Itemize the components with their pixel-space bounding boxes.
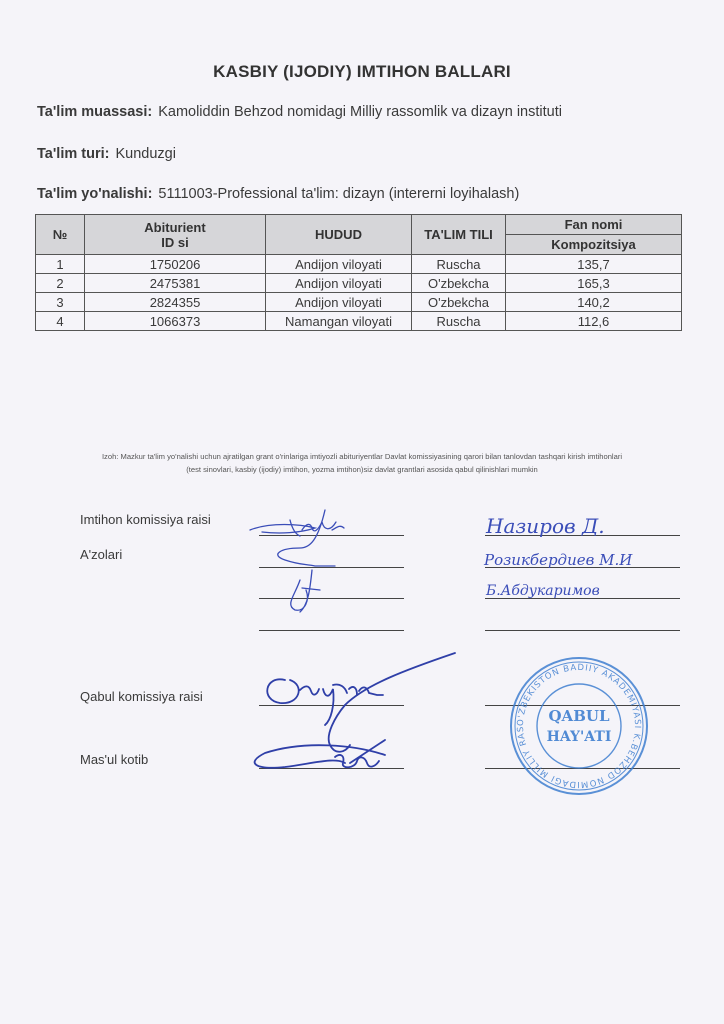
signature-line-admission-chair (259, 705, 404, 706)
signature-line-exam-chair (259, 535, 404, 536)
cell-region: Andijon viloyati (266, 293, 412, 312)
cell-no: 4 (36, 312, 85, 331)
footnote-line1: Izoh: Mazkur ta'lim yo'nalishi uchun ajr… (30, 450, 694, 463)
cell-applicant-id: 2824355 (85, 293, 266, 312)
cell-score: 165,3 (506, 274, 682, 293)
header-subject: Kompozitsiya (506, 235, 682, 255)
table-row: 11750206Andijon viloyatiRuscha135,7 (36, 255, 682, 274)
signature-line-member-1 (259, 567, 404, 568)
document-title: KASBIY (IJODIY) IMTIHON BALLARI (0, 62, 724, 82)
study-form-label: Ta'lim turi: (37, 146, 109, 162)
cell-language: Ruscha (412, 255, 506, 274)
cell-no: 3 (36, 293, 85, 312)
direction-value: 5111003-Professional ta'lim: dizayn (int… (158, 186, 519, 202)
header-language: TA'LIM TILI (412, 215, 506, 255)
institution-label: Ta'lim muassasi: (37, 104, 152, 120)
handwritten-names: Назиров Д. Розикбердиев М.И Б.Абдукаримо… (480, 505, 690, 605)
signature-line-secretary (259, 768, 404, 769)
cell-region: Andijon viloyati (266, 274, 412, 293)
header-no: № (36, 215, 85, 255)
signature-strokes-commission (240, 500, 420, 645)
name-line-2 (485, 567, 680, 568)
exam-chair-label: Imtihon komissiya raisi (80, 512, 211, 527)
name-line-4 (485, 630, 680, 631)
stamp-center-line2: HAY'ATI (547, 729, 612, 745)
cell-applicant-id: 2475381 (85, 274, 266, 293)
cell-applicant-id: 1066373 (85, 312, 266, 331)
cell-applicant-id: 1750206 (85, 255, 266, 274)
header-id-line1: Abiturient (85, 220, 265, 235)
header-region: HUDUD (266, 215, 412, 255)
cell-language: O'zbekcha (412, 274, 506, 293)
table-row: 22475381Andijon viloyatiO'zbekcha165,3 (36, 274, 682, 293)
institution-value: Kamoliddin Behzod nomidagi Milliy rassom… (158, 104, 562, 120)
admission-stamp: O'ZBEKISTON BADIIY AKADEMIYASI K.BEHZOD … (508, 655, 650, 797)
secretary-label: Mas'ul kotib (80, 752, 148, 767)
cell-no: 1 (36, 255, 85, 274)
header-subject-group: Fan nomi (506, 215, 682, 235)
cell-region: Namangan viloyati (266, 312, 412, 331)
svg-text:Б.Абдукаримов: Б.Абдукаримов (485, 583, 600, 599)
cell-score: 112,6 (506, 312, 682, 331)
direction-line: Ta'lim yo'nalishi:5111003-Professional t… (37, 186, 519, 202)
study-form-value: Kunduzgi (115, 146, 175, 162)
cell-score: 135,7 (506, 255, 682, 274)
members-label: A'zolari (80, 547, 122, 562)
study-form-line: Ta'lim turi:Kunduzgi (37, 146, 176, 162)
document-page: KASBIY (IJODIY) IMTIHON BALLARI Ta'lim m… (0, 0, 724, 1024)
header-applicant-id: Abiturient ID si (85, 215, 266, 255)
signature-line-member-2 (259, 598, 404, 599)
signature-line-member-3 (259, 630, 404, 631)
direction-label: Ta'lim yo'nalishi: (37, 186, 152, 202)
stamp-center-line1: QABUL (548, 707, 609, 725)
header-id-line2: ID si (85, 235, 265, 250)
table-row: 32824355Andijon viloyatiO'zbekcha140,2 (36, 293, 682, 312)
cell-score: 140,2 (506, 293, 682, 312)
cell-language: O'zbekcha (412, 293, 506, 312)
table-row: 41066373Namangan viloyatiRuscha112,6 (36, 312, 682, 331)
footnote: Izoh: Mazkur ta'lim yo'nalishi uchun ajr… (30, 450, 694, 476)
cell-no: 2 (36, 274, 85, 293)
footnote-line2: (test sinovlari, kasbiy (ijodiy) imtihon… (30, 463, 694, 476)
name-line-3 (485, 598, 680, 599)
cell-language: Ruscha (412, 312, 506, 331)
signature-strokes-admission (245, 645, 475, 785)
cell-region: Andijon viloyati (266, 255, 412, 274)
institution-line: Ta'lim muassasi:Kamoliddin Behzod nomida… (37, 104, 562, 120)
name-line-1 (485, 535, 680, 536)
admission-chair-label: Qabul komissiya raisi (80, 689, 203, 704)
scores-table: № Abiturient ID si HUDUD TA'LIM TILI Fan… (35, 214, 682, 331)
